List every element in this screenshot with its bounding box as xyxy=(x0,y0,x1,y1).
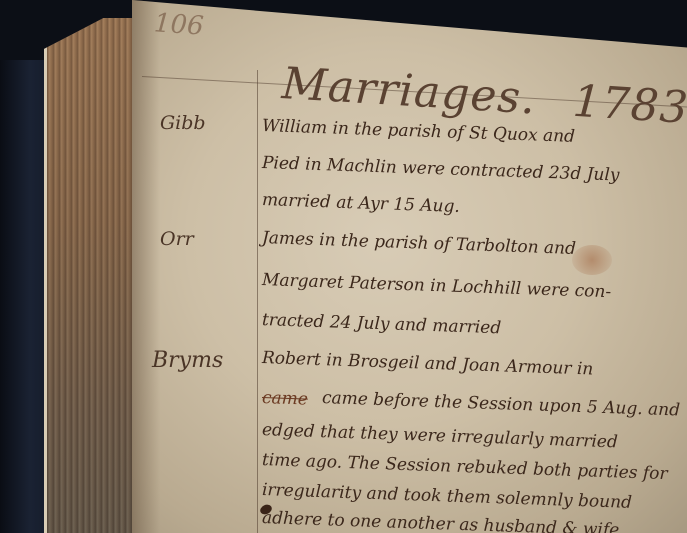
entry-line: came xyxy=(262,388,309,410)
register-page: 106 Marriages. 1783 Gibb William in the … xyxy=(132,0,687,533)
margin-rule xyxy=(257,70,258,533)
entry-line: married at Ayr 15 Aug. xyxy=(262,190,461,217)
heading-title: Marriages xyxy=(280,58,522,124)
entry-line: edged that they were irregularly married xyxy=(262,420,618,452)
struck-word: came xyxy=(262,388,309,410)
entry-line: Pied in Machlin were contracted 23d July xyxy=(262,153,620,185)
entry-surname: Bryms xyxy=(152,348,223,373)
page-number: 106 xyxy=(153,8,205,41)
stain xyxy=(572,245,612,275)
entry-surname: Gibb xyxy=(160,112,206,134)
entry-line: Robert in Brosgeil and Joan Armour in xyxy=(262,348,594,380)
page-edges-stack xyxy=(44,18,143,533)
entry-line: Margaret Paterson in Lochhill were con- xyxy=(262,270,612,302)
entry-line: irregularity and took them solemnly boun… xyxy=(262,480,633,513)
entry-line: tracted 24 July and married xyxy=(262,310,502,338)
entry-surname: Orr xyxy=(160,228,194,250)
entry-line: time ago. The Session rebuked both parti… xyxy=(262,450,668,484)
gutter-shadow xyxy=(132,0,160,533)
book-cover xyxy=(0,0,50,533)
entry-line: James in the parish of Tarbolton and xyxy=(262,228,577,259)
heading-year: 1783 xyxy=(571,76,687,134)
entry-line: adhere to one another as husband & wife xyxy=(262,508,620,533)
entry-line: came before the Session upon 5 Aug. and xyxy=(322,388,681,420)
